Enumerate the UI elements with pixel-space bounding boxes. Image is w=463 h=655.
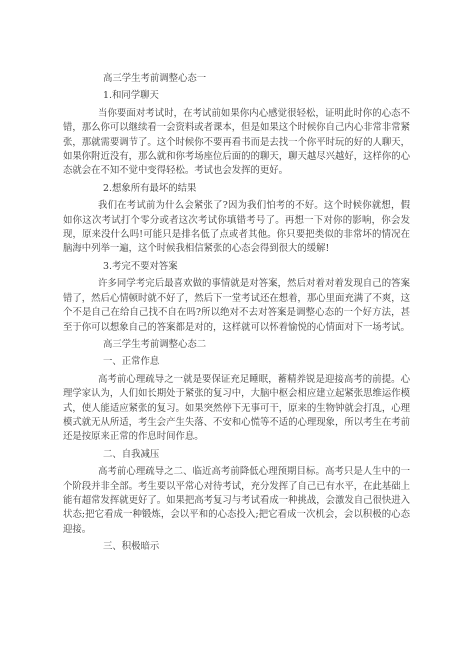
document-content: 高三学生考前调整心态一1.和同学聊天当你要面对考试时，在考试前如果你内心感觉很轻…: [63, 72, 410, 558]
document-heading: 2.想象所有最坏的结果: [63, 182, 410, 196]
document-paragraph: 我们在考试前为什么会紧张了?因为我们怕考的不好。这个时候你就想，假如你这次考试打…: [63, 199, 410, 257]
document-heading: 一、正常作息: [63, 355, 410, 369]
document-title: 高三学生考前调整心态一: [63, 72, 410, 86]
document-title: 高三学生考前调整心态二: [63, 338, 410, 352]
document-heading: 1.和同学聊天: [63, 89, 410, 103]
document-paragraph: 高考前心理疏导之一就是要保证充足睡眠，蓄精养锐是迎接高考的前提。心理学家认为，人…: [63, 373, 410, 445]
document-page: 高三学生考前调整心态一1.和同学聊天当你要面对考试时，在考试前如果你内心感觉很轻…: [0, 0, 463, 655]
document-heading: 3.考完不要对答案: [63, 260, 410, 274]
document-paragraph: 高考前心理疏导之二、临近高考前降低心理预期目标。高考只是人生中的一个阶段并非全部…: [63, 465, 410, 537]
document-paragraph: 当你要面对考试时，在考试前如果你内心感觉很轻松，证明此时你的心态不错，那么你可以…: [63, 107, 410, 179]
document-heading: 三、积极暗示: [63, 540, 410, 554]
document-paragraph: 许多同学考完后最喜欢做的事情就是对答案，然后对着对着发现自己的答案错了，然后心情…: [63, 277, 410, 335]
document-heading: 二、自我减压: [63, 448, 410, 462]
